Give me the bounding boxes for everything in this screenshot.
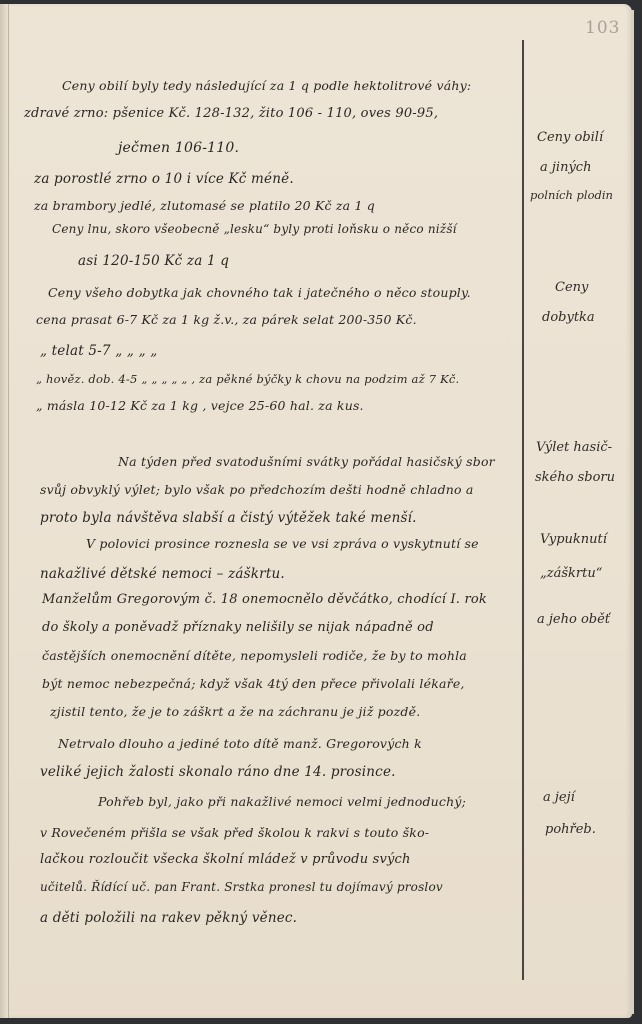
- margin-note-line: Vypuknutí: [540, 532, 607, 547]
- body-line: Na týden před svatodušními svátky pořáda…: [118, 454, 495, 469]
- page-edge: [631, 10, 634, 1014]
- margin-note-line: Ceny: [555, 280, 588, 295]
- body-line: V polovici prosince rozneslа se ve vsi z…: [86, 536, 479, 551]
- body-line: proto byla návštěva slabší a čistý výtěž…: [40, 510, 417, 526]
- body-line: za brambory jedlé, zlutomasé se platilo …: [34, 198, 375, 213]
- body-line: cena prasat 6-7 Kč za 1 kg ž.v., za páre…: [36, 312, 417, 327]
- body-line: za porostlé zrno o 10 i více Kč méně.: [34, 171, 294, 187]
- body-line: v Rovečeném přišla se však před školou k…: [40, 825, 429, 840]
- body-line: Pohřeb byl, jako při nakažlivé nemoci ve…: [98, 794, 466, 809]
- body-line: lačkou rozloučit všecka školní mládež v …: [40, 852, 411, 867]
- body-line: veliké jejich žalosti skonalo ráno dne 1…: [40, 764, 396, 780]
- margin-note-line: „záškrtu“: [540, 566, 602, 581]
- margin-note-line: a jeho oběť: [537, 612, 610, 627]
- body-line: „ telat 5-7 „ „ „ „: [40, 343, 157, 359]
- body-line: častějších onemocnění dítěte, nepomyslel…: [42, 648, 467, 663]
- body-line: „ másla 10-12 Kč za 1 kg , vejce 25-60 h…: [36, 398, 364, 413]
- body-line: a děti položili na rakev pěkný věnec.: [40, 910, 297, 926]
- margin-note-line: pohřeb.: [545, 822, 596, 837]
- body-line: zdravé zrno: pšenice Kč. 128-132, žito 1…: [24, 106, 438, 121]
- body-line: Netrvalo dlouho a jediné toto dítě manž.…: [58, 736, 422, 751]
- margin-note-line: a jiných: [540, 160, 591, 175]
- page-binding: [0, 4, 9, 1018]
- body-line: Ceny obilí byly tedy následující za 1 q …: [62, 78, 471, 93]
- body-line: být nemoc nebezpečná; když však 4tý den …: [42, 676, 465, 691]
- margin-note-line: a její: [543, 790, 575, 805]
- body-line: asi 120-150 Kč za 1 q: [78, 253, 229, 269]
- margin-note-line: ského sboru: [535, 470, 615, 485]
- margin-rule: [522, 40, 524, 980]
- margin-note-line: Výlet hasič-: [536, 440, 612, 455]
- body-line: Ceny lnu, skoro všeobecně „lesku“ byly p…: [52, 222, 457, 236]
- body-line: zjistil tento, že je to záškrt a že na z…: [50, 704, 420, 719]
- body-line: Ceny všeho dobytka jak chovného tak i ja…: [48, 285, 471, 300]
- body-line: Manželům Gregorovým č. 18 onemocnělo děv…: [42, 592, 487, 607]
- margin-note-line: dobytka: [542, 310, 595, 325]
- body-line: „ hověz. dob. 4-5 „ „ „ „ „ , za pěkné b…: [36, 372, 459, 386]
- page-number: 103: [585, 18, 620, 38]
- body-line: učitelů. Řídící uč. pan Frant. Srstka pr…: [40, 880, 443, 894]
- body-line: svůj obvyklý výlet; bylo však po předcho…: [40, 482, 474, 497]
- margin-note-line: Ceny obilí: [537, 130, 603, 145]
- body-line: do školy a poněvadž příznaky nelišily se…: [42, 620, 434, 635]
- body-line: nakažlivé dětské nemoci – záškrtu.: [40, 566, 285, 582]
- body-line: ječmen 106-110.: [118, 140, 239, 156]
- margin-note-line: polních plodin: [530, 188, 613, 202]
